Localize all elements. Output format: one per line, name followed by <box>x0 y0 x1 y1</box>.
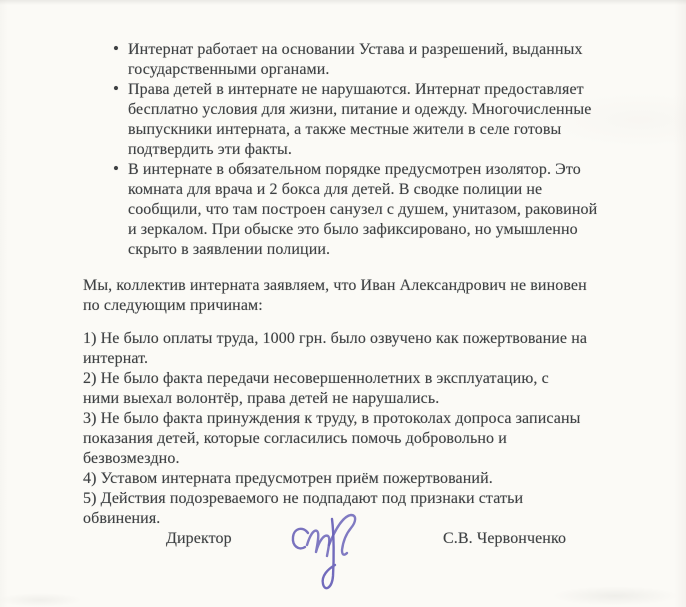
bullet-text: В интернате в обязательном порядке преду… <box>128 161 597 258</box>
bullet-text: Интернат работает на основании Устава и … <box>128 41 583 78</box>
bullet-dot-icon: • <box>113 39 119 59</box>
signature-block: Директор С.В. Червонченко <box>0 503 686 607</box>
scanned-letter-page: • Интернат работает на основании Устава … <box>0 0 686 607</box>
reason-item: 3) Не было факта принуждения к труду, в … <box>83 409 589 469</box>
reasons-list: 1) Не было оплаты труда, 1000 грн. было … <box>83 329 589 529</box>
letter-body: • Интернат работает на основании Устава … <box>83 40 643 529</box>
bullet-dot-icon: • <box>113 159 119 179</box>
reason-item: 4) Уставом интерната предусмотрен приём … <box>83 469 589 489</box>
bullet-item: • В интернате в обязательном порядке пре… <box>113 160 605 260</box>
bullet-item: • Интернат работает на основании Устава … <box>113 40 605 80</box>
reason-item: 2) Не было факта передачи несовершенноле… <box>83 369 589 409</box>
statement-paragraph: Мы, коллектив интерната заявляем, что Ив… <box>83 276 591 316</box>
bullet-text: Права детей в интернате не нарушаются. И… <box>128 81 591 158</box>
signature-role-label: Директор <box>166 529 232 549</box>
bullet-dot-icon: • <box>113 79 119 99</box>
handwritten-signature <box>283 503 393 603</box>
signatory-name: С.В. Червонченко <box>443 529 566 549</box>
bullet-list: • Интернат работает на основании Устава … <box>113 40 605 260</box>
bullet-item: • Права детей в интернате не нарушаются.… <box>113 80 605 160</box>
reason-item: 1) Не было оплаты труда, 1000 грн. было … <box>83 329 589 369</box>
